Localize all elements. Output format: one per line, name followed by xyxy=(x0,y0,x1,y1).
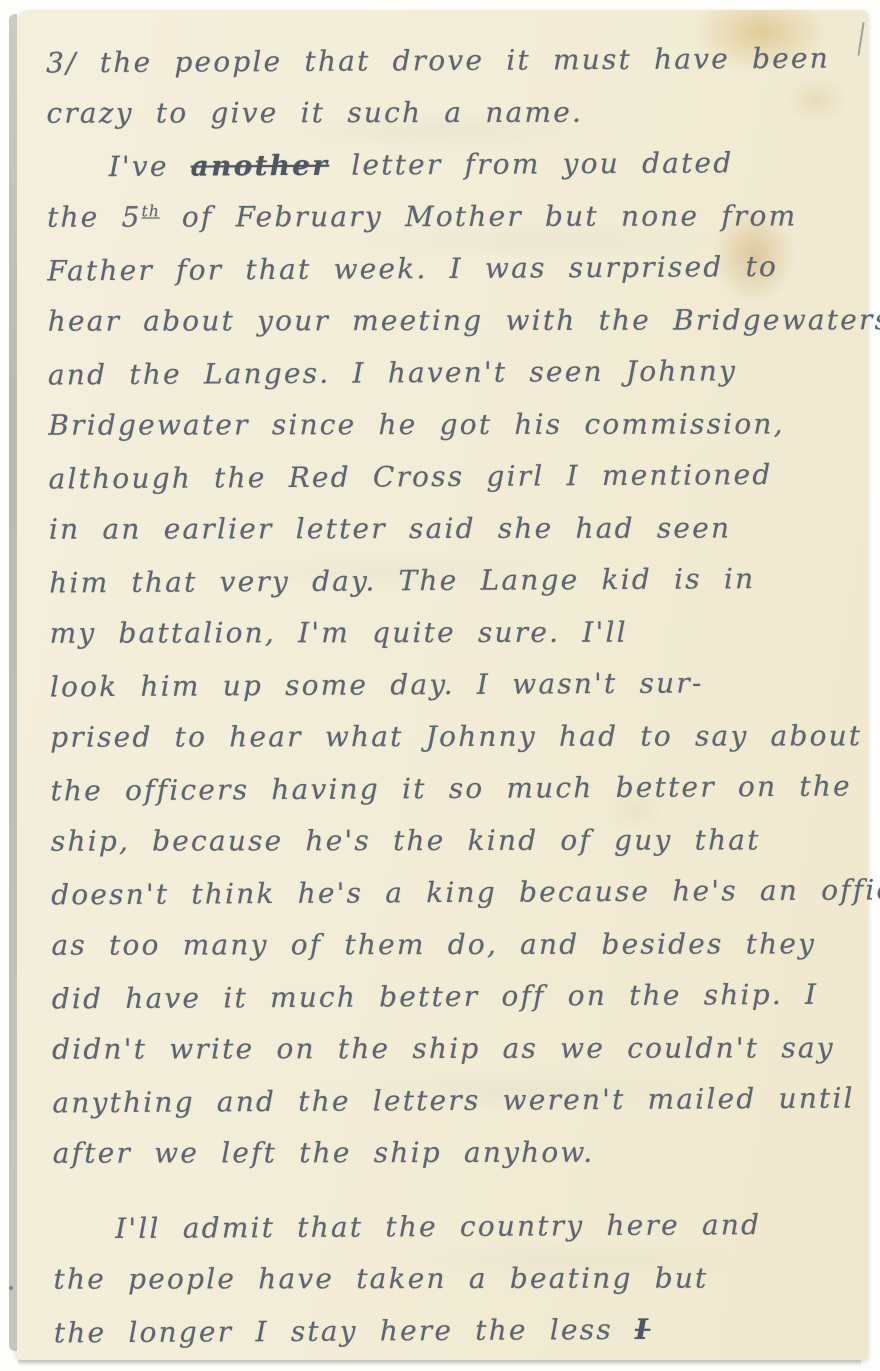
text-segment: I've xyxy=(109,150,191,184)
paragraph: I'll admit that the country here andthe … xyxy=(53,1208,852,1369)
handwritten-line: Father for that week. I was surprised to xyxy=(47,250,845,307)
text-segment: Bridgewater since he got his commission, xyxy=(48,407,784,441)
handwritten-line: anything and the letters weren't mailed … xyxy=(52,1082,850,1139)
text-segment: letter from you dated xyxy=(329,146,733,181)
handwritten-line: the officers having it so much better on… xyxy=(50,770,848,827)
text-segment: look him up some day. I wasn't sur- xyxy=(50,666,704,703)
text-segment: as too many of them do, and besides they xyxy=(51,927,816,961)
stray-pen-mark xyxy=(857,22,864,56)
handwritten-line: my battalion, I'm quite sure. I'll xyxy=(50,615,848,668)
text-segment: the people have taken a beating but xyxy=(54,1262,709,1296)
handwritten-line: the 5th of February Mother but none from xyxy=(47,199,845,252)
text-segment: hear about your meeting with the Bridgew… xyxy=(48,303,880,337)
handwritten-line: him that very day. The Lange kid is in xyxy=(49,562,847,619)
text-segment: didn't write on the ship as we couldn't … xyxy=(52,1031,835,1065)
text-segment: did have it much better off on the ship.… xyxy=(52,978,819,1016)
handwritten-line: 3/ the people that drove it must have be… xyxy=(46,42,844,99)
text-segment: the officers having it so much better on… xyxy=(50,770,851,808)
handwritten-line: did have it much better off on the ship.… xyxy=(52,978,850,1035)
text-segment: the people that drove it must have been xyxy=(78,42,830,80)
text-segment: anything and the letters weren't mailed … xyxy=(52,1082,855,1120)
text-segment: doesn't think he's a king because he's a… xyxy=(51,873,880,911)
text-segment: and the Langes. I haven't seen Johnny xyxy=(48,354,737,391)
handwritten-line: the longer I stay here the less I xyxy=(54,1312,852,1369)
handwritten-line: hear about your meeting with the Bridgew… xyxy=(48,303,846,356)
handwritten-line: ship, because he's the kind of guy that xyxy=(51,823,849,876)
text-segment: him that very day. The Lange kid is in xyxy=(49,562,755,599)
page-number: 3/ xyxy=(46,46,78,79)
struck-word: I xyxy=(635,1313,651,1346)
handwritten-line: the people have taken a beating but xyxy=(54,1261,852,1314)
letter-page: 3/ the people that drove it must have be… xyxy=(16,10,868,1360)
handwritten-line: I'll admit that the country here and xyxy=(53,1208,851,1265)
handwritten-line: prised to hear what Johnny had to say ab… xyxy=(50,719,848,772)
text-segment: crazy to give it such a name. xyxy=(46,96,583,130)
text-segment: Father for that week. I was surprised to xyxy=(47,250,778,287)
handwritten-line: after we left the ship anyhow. xyxy=(53,1135,851,1188)
text-segment: although the Red Cross girl I mentioned xyxy=(49,458,773,495)
handwritten-line: in an earlier letter said she had seen xyxy=(49,511,847,564)
stray-ink-dot xyxy=(9,1286,13,1290)
text-segment: ship, because he's the kind of guy that xyxy=(51,823,761,857)
handwritten-line: and the Langes. I haven't seen Johnny xyxy=(48,354,846,411)
text-segment: my battalion, I'm quite sure. I'll xyxy=(50,616,628,650)
text-segment: of February Mother but none from xyxy=(160,199,798,233)
paragraph: 3/ the people that drove it must have be… xyxy=(46,42,845,151)
handwritten-line: look him up some day. I wasn't sur- xyxy=(50,666,848,723)
handwritten-line: as too many of them do, and besides they xyxy=(51,927,849,980)
letter-body: 3/ the people that drove it must have be… xyxy=(46,42,852,1369)
text-segment: I'll admit that the country here and xyxy=(115,1208,761,1245)
handwritten-line: crazy to give it such a name. xyxy=(46,95,844,148)
text-segment: after we left the ship anyhow. xyxy=(53,1136,595,1170)
text-segment: th xyxy=(142,202,160,220)
paragraph: I've another letter from you datedthe 5t… xyxy=(47,146,851,1191)
handwritten-line: doesn't think he's a king because he's a… xyxy=(51,874,849,931)
handwritten-line: I've another letter from you dated xyxy=(47,146,845,203)
text-segment: the 5 xyxy=(47,201,142,234)
text-segment: in an earlier letter said she had seen xyxy=(49,512,731,546)
handwritten-line: didn't write on the ship as we couldn't … xyxy=(52,1031,850,1084)
struck-word: another xyxy=(191,149,330,183)
text-segment: prised to hear what Johnny had to say ab… xyxy=(50,719,862,753)
handwritten-line: Bridgewater since he got his commission, xyxy=(48,407,846,460)
text-segment: the longer I stay here the less xyxy=(54,1313,635,1350)
handwritten-line: although the Red Cross girl I mentioned xyxy=(49,458,847,515)
